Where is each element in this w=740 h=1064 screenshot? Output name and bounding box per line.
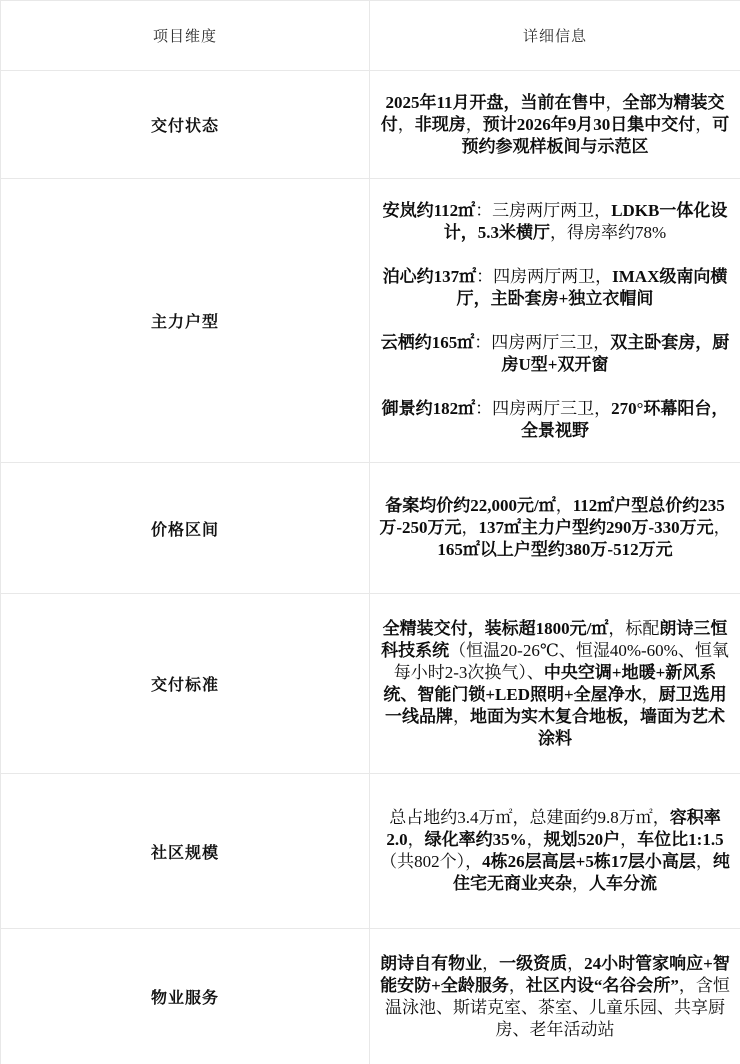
emphasized-text: 规划520户 [544, 830, 621, 849]
detail-cell: 安岚约112㎡：三房两厅两卫，LDKB一体化设计，5.3米横厅，得房率约78%泊… [370, 179, 740, 463]
dimension-cell: 价格区间 [1, 463, 370, 594]
regular-text: ， [606, 93, 623, 112]
header-row: 项目维度 详细信息 [1, 1, 740, 71]
regular-text: （共802个）， [380, 852, 482, 871]
detail-cell: 全精装交付，装标超1800元/㎡，标配朗诗三恒科技系统（恒温20-26℃、恒湿4… [370, 594, 740, 774]
table-row: 交付标准全精装交付，装标超1800元/㎡，标配朗诗三恒科技系统（恒温20-26℃… [1, 594, 740, 774]
regular-text: ：四房两厅两卫， [476, 267, 612, 286]
table-row: 主力户型安岚约112㎡：三房两厅两卫，LDKB一体化设计，5.3米横厅，得房率约… [1, 179, 740, 463]
regular-text: ， [695, 115, 712, 134]
regular-text: ， [527, 830, 544, 849]
emphasized-text: 朗诗自有物业 [380, 954, 482, 973]
regular-text: 总占地约3.4万㎡，总建面约9.8万㎡， [389, 808, 670, 827]
regular-text: ，得房率约78% [550, 223, 666, 242]
emphasized-text: 社区内设“名谷会所” [526, 976, 679, 995]
emphasized-text: 泊心约137㎡ [383, 267, 477, 286]
detail-paragraph: 泊心约137㎡：四房两厅两卫，IMAX级南向横厅，主卧套房+独立衣帽间 [379, 266, 731, 310]
table-body: 交付状态2025年11月开盘，当前在售中，全部为精装交付，非现房，预计2026年… [1, 71, 740, 1064]
emphasized-text: 地面为实木复合地板，墙面为艺术涂料 [470, 707, 725, 748]
emphasized-text: 4栋26层高层+5栋17层小高层 [482, 852, 696, 871]
table-header: 项目维度 详细信息 [1, 1, 740, 71]
table-row: 社区规模总占地约3.4万㎡，总建面约9.8万㎡，容积率2.0，绿化率约35%，规… [1, 774, 740, 929]
dimension-cell: 主力户型 [1, 179, 370, 463]
project-info-table: 项目维度 详细信息 交付状态2025年11月开盘，当前在售中，全部为精装交付，非… [0, 0, 740, 1064]
regular-text: ， [696, 852, 713, 871]
regular-text: ：三房两厅两卫， [475, 201, 611, 220]
regular-text: ， [620, 830, 637, 849]
detail-paragraph: 2025年11月开盘，当前在售中，全部为精装交付，非现房，预计2026年9月30… [379, 92, 731, 158]
regular-text: ，标配 [608, 619, 659, 638]
regular-text: ， [556, 496, 573, 515]
regular-text: ， [509, 976, 526, 995]
regular-text: ：四房两厅三卫， [474, 333, 610, 352]
detail-paragraph: 安岚约112㎡：三房两厅两卫，LDKB一体化设计，5.3米横厅，得房率约78% [379, 200, 731, 244]
detail-paragraph: 云栖约165㎡：四房两厅三卫，双主卧套房，厨房U型+双开窗 [379, 332, 731, 376]
table-row: 物业服务朗诗自有物业，一级资质，24小时管家响应+智能安防+全龄服务，社区内设“… [1, 929, 740, 1064]
dimension-cell: 交付标准 [1, 594, 370, 774]
detail-paragraph: 备案均价约22,000元/㎡，112㎡户型总价约235万-250万元，137㎡主… [379, 495, 731, 561]
regular-text: ， [408, 830, 425, 849]
emphasized-text: 全精装交付，装标超1800元/㎡ [383, 619, 609, 638]
emphasized-text: 备案均价约22,000元/㎡ [385, 496, 555, 515]
emphasized-text: 云栖约165㎡ [381, 333, 475, 352]
detail-paragraph: 御景约182㎡：四房两厅三卫，270°环幕阳台，全景视野 [379, 398, 731, 442]
detail-paragraph: 总占地约3.4万㎡，总建面约9.8万㎡，容积率2.0，绿化率约35%，规划520… [379, 807, 731, 895]
emphasized-text: 绿化率约35% [425, 830, 527, 849]
emphasized-text: 137㎡主力户型约290万-330万元 [479, 518, 714, 537]
emphasized-text: 165㎡以上户型约380万-512万元 [437, 540, 672, 559]
emphasized-text: 御景约182㎡ [382, 399, 476, 418]
detail-cell: 朗诗自有物业，一级资质，24小时管家响应+智能安防+全龄服务，社区内设“名谷会所… [370, 929, 740, 1064]
regular-text: ， [482, 954, 499, 973]
emphasized-text: 车位比1:1.5 [637, 830, 723, 849]
detail-cell: 2025年11月开盘，当前在售中，全部为精装交付，非现房，预计2026年9月30… [370, 71, 740, 179]
emphasized-text: 一级资质 [499, 954, 567, 973]
regular-text: ， [572, 874, 589, 893]
regular-text: ， [462, 518, 479, 537]
table-row: 价格区间备案均价约22,000元/㎡，112㎡户型总价约235万-250万元，1… [1, 463, 740, 594]
detail-paragraph: 朗诗自有物业，一级资质，24小时管家响应+智能安防+全龄服务，社区内设“名谷会所… [379, 953, 731, 1041]
detail-paragraph: 全精装交付，装标超1800元/㎡，标配朗诗三恒科技系统（恒温20-26℃、恒湿4… [379, 618, 731, 750]
regular-text: ， [714, 518, 731, 537]
column-header-detail: 详细信息 [370, 1, 740, 71]
regular-text: ， [466, 115, 483, 134]
table-row: 交付状态2025年11月开盘，当前在售中，全部为精装交付，非现房，预计2026年… [1, 71, 740, 179]
dimension-cell: 物业服务 [1, 929, 370, 1064]
dimension-cell: 交付状态 [1, 71, 370, 179]
emphasized-text: 非现房 [415, 115, 466, 134]
regular-text: ， [567, 954, 584, 973]
detail-cell: 总占地约3.4万㎡，总建面约9.8万㎡，容积率2.0，绿化率约35%，规划520… [370, 774, 740, 929]
regular-text: ， [453, 707, 470, 726]
emphasized-text: 2025年11月开盘，当前在售中 [385, 93, 605, 112]
emphasized-text: 预计2026年9月30日集中交付 [483, 115, 696, 134]
regular-text: ， [642, 685, 659, 704]
emphasized-text: 人车分流 [589, 874, 657, 893]
regular-text: ， [398, 115, 415, 134]
emphasized-text: 安岚约112㎡ [383, 201, 476, 220]
detail-cell: 备案均价约22,000元/㎡，112㎡户型总价约235万-250万元，137㎡主… [370, 463, 740, 594]
dimension-cell: 社区规模 [1, 774, 370, 929]
column-header-dimension: 项目维度 [1, 1, 370, 71]
regular-text: ：四房两厅三卫， [475, 399, 611, 418]
